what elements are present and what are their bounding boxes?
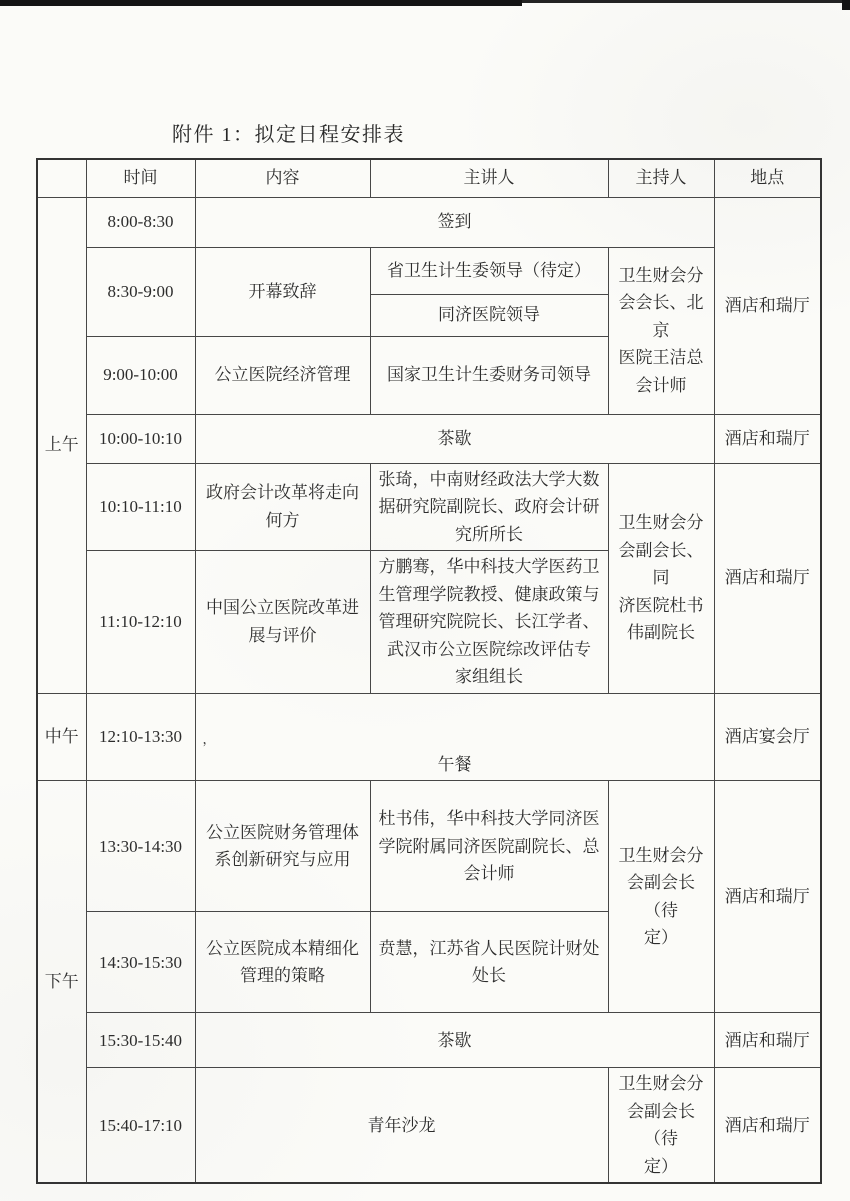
location-cell: 酒店和瑞厅 <box>714 1068 821 1184</box>
column-header-content: 内容 <box>195 159 370 197</box>
schedule-row-youth-salon: 15:40-17:10 青年沙龙 卫生财会分 会副会长（待 定） 酒店和瑞厅 <box>37 1068 821 1184</box>
location-cell: 酒店和瑞厅 <box>714 1013 821 1068</box>
column-header-period <box>37 159 86 197</box>
period-cell-morning: 上午 <box>37 197 86 693</box>
header-row: 时间 内容 主讲人 主持人 地点 <box>37 159 821 197</box>
column-header-speaker: 主讲人 <box>370 159 608 197</box>
content-cell: 公立医院经济管理 <box>195 336 370 414</box>
host-cell: 卫生财会分 会副会长、同 济医院杜书 伟副院长 <box>608 463 714 693</box>
host-cell: 卫生财会分 会会长、北京 医院王洁总 会计师 <box>608 247 714 414</box>
event-cell-youth-salon: 青年沙龙 <box>195 1068 608 1184</box>
host-cell: 卫生财会分 会副会长（待 定） <box>608 781 714 1013</box>
location-cell: 酒店和瑞厅 <box>714 781 821 1013</box>
time-cell: 10:00-10:10 <box>86 414 195 463</box>
scan-artifact-corner-nub <box>842 0 850 10</box>
time-cell: 9:00-10:00 <box>86 336 195 414</box>
schedule-row-tea-afternoon: 15:30-15:40 茶歇 酒店和瑞厅 <box>37 1013 821 1068</box>
column-header-location: 地点 <box>714 159 821 197</box>
schedule-table: 时间 内容 主讲人 主持人 地点 上午 8:00-8:30 签到 酒店和瑞厅 8… <box>36 158 822 1184</box>
event-cell-signin: 签到 <box>195 197 714 247</box>
time-cell: 14:30-15:30 <box>86 912 195 1013</box>
event-label: 午餐 <box>438 755 472 774</box>
period-cell-noon: 中午 <box>37 693 86 781</box>
speaker-cell: 贲慧，江苏省人民医院计财处 处长 <box>370 912 608 1013</box>
event-cell-tea: 茶歇 <box>195 1013 714 1068</box>
speaker-cell: 同济医院领导 <box>370 294 608 336</box>
content-cell: 政府会计改革将走向 何方 <box>195 463 370 551</box>
speaker-cell: 方鹏骞，华中科技大学医药卫 生管理学院教授、健康政策与 管理研究院院长、长江学者… <box>370 551 608 694</box>
time-cell: 12:10-13:30 <box>86 693 195 781</box>
period-cell-afternoon: 下午 <box>37 781 86 1184</box>
column-header-host: 主持人 <box>608 159 714 197</box>
event-cell-lunch: ， 午餐 <box>195 693 714 781</box>
speaker-cell: 国家卫生计生委财务司领导 <box>370 336 608 414</box>
time-cell: 8:30-9:00 <box>86 247 195 336</box>
scan-stray-mark: ， <box>203 728 216 749</box>
event-cell-tea: 茶歇 <box>195 414 714 463</box>
speaker-cell: 省卫生计生委领导（待定） <box>370 247 608 294</box>
schedule-row-signin: 上午 8:00-8:30 签到 酒店和瑞厅 <box>37 197 821 247</box>
content-cell: 公立医院财务管理体 系创新研究与应用 <box>195 781 370 912</box>
location-cell: 酒店宴会厅 <box>714 693 821 781</box>
speaker-cell: 杜书伟，华中科技大学同济医 学院附属同济医院副院长、总 会计师 <box>370 781 608 912</box>
location-cell: 酒店和瑞厅 <box>714 197 821 414</box>
content-cell: 开幕致辞 <box>195 247 370 336</box>
speaker-cell: 张琦，中南财经政法大学大数 据研究院副院长、政府会计研 究所所长 <box>370 463 608 551</box>
scan-artifact-top-bar <box>0 0 522 6</box>
time-cell: 13:30-14:30 <box>86 781 195 912</box>
document-title: 附件 1：拟定日程安排表 <box>172 118 405 147</box>
schedule-row-tea-morning: 10:00-10:10 茶歇 酒店和瑞厅 <box>37 414 821 463</box>
schedule-row-opening: 8:30-9:00 开幕致辞 省卫生计生委领导（待定） 卫生财会分 会会长、北京… <box>37 247 821 294</box>
location-cell: 酒店和瑞厅 <box>714 414 821 463</box>
column-header-time: 时间 <box>86 159 195 197</box>
time-cell: 15:30-15:40 <box>86 1013 195 1068</box>
host-cell: 卫生财会分 会副会长（待 定） <box>608 1068 714 1184</box>
schedule-row-lunch: 中午 12:10-13:30 ， 午餐 酒店宴会厅 <box>37 693 821 781</box>
content-cell: 公立医院成本精细化 管理的策略 <box>195 912 370 1013</box>
time-cell: 8:00-8:30 <box>86 197 195 247</box>
schedule-row-gov-accounting: 10:10-11:10 政府会计改革将走向 何方 张琦，中南财经政法大学大数 据… <box>37 463 821 551</box>
location-cell: 酒店和瑞厅 <box>714 463 821 693</box>
content-cell: 中国公立医院改革进 展与评价 <box>195 551 370 694</box>
time-cell: 15:40-17:10 <box>86 1068 195 1184</box>
scanned-document-page: 附件 1：拟定日程安排表 时间 内容 主讲人 主持人 地点 上午 8:00-8:… <box>0 0 850 1201</box>
time-cell: 10:10-11:10 <box>86 463 195 551</box>
time-cell: 11:10-12:10 <box>86 551 195 694</box>
schedule-row-finance-mgmt: 下午 13:30-14:30 公立医院财务管理体 系创新研究与应用 杜书伟，华中… <box>37 781 821 912</box>
